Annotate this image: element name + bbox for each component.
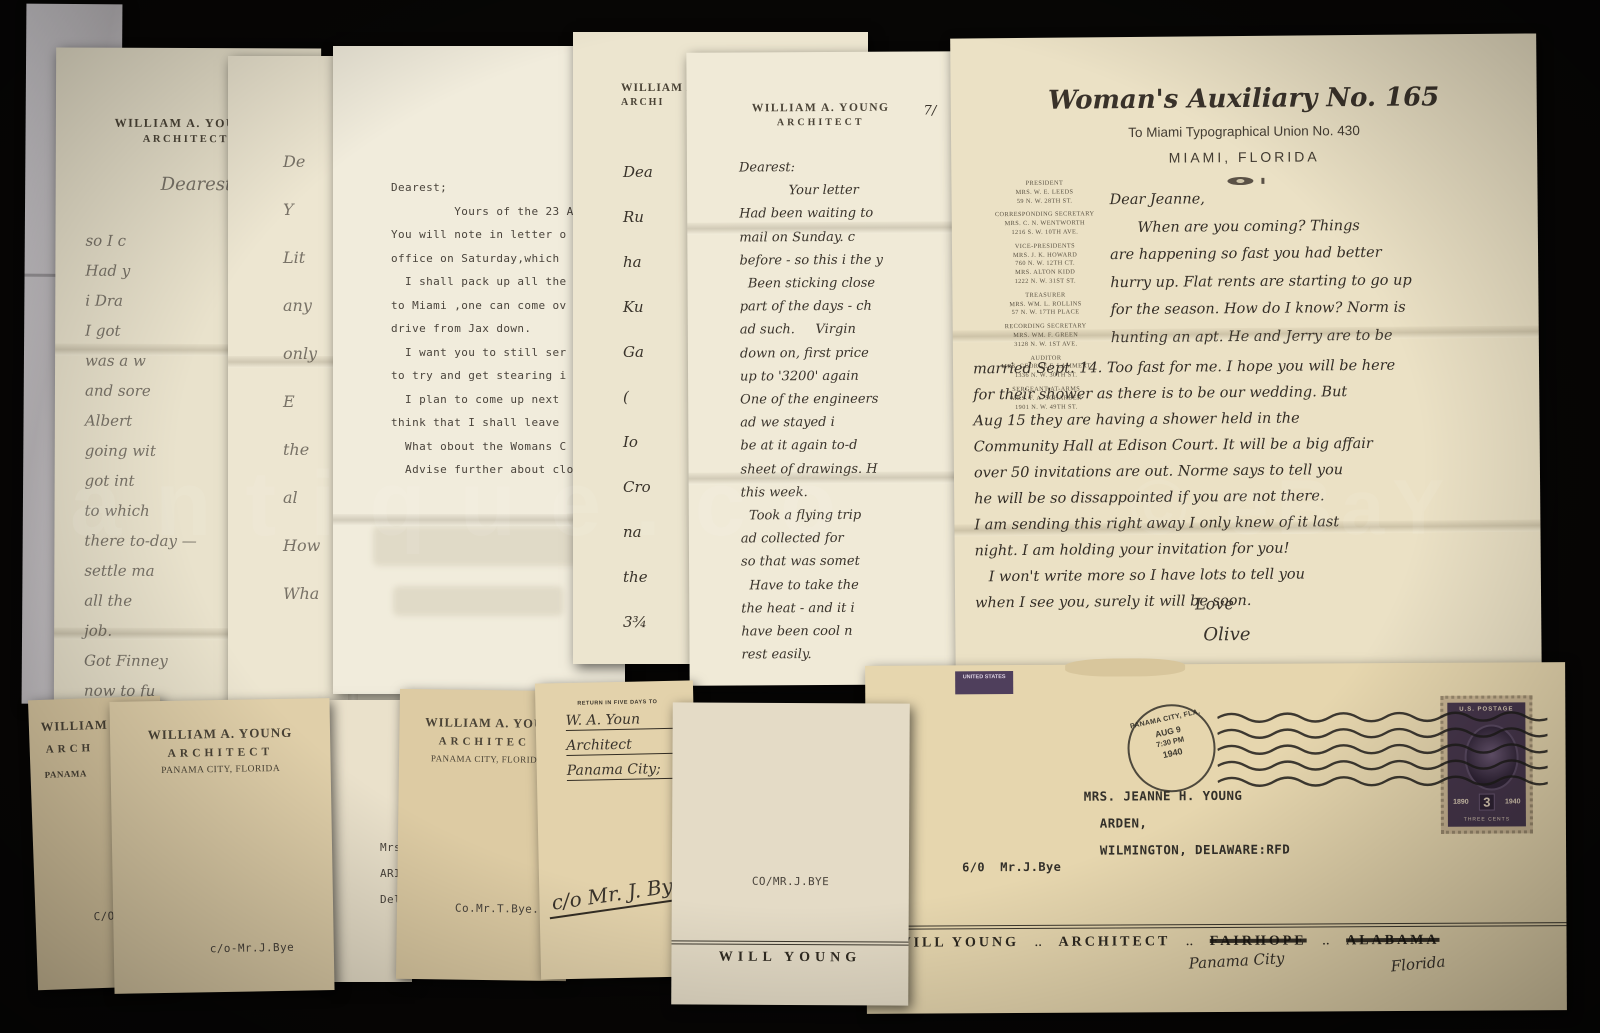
footer-separator: .. <box>1186 936 1194 948</box>
text-line: al <box>283 474 320 522</box>
letter-body-lines: DeaRuhaKuGa(IoCronathe3¾ <box>623 150 653 645</box>
text-line: ad collected for <box>741 527 885 551</box>
text-line: Have to take the <box>741 573 885 597</box>
text-line: part of the days - ch <box>740 295 884 319</box>
care-of-line: CO/MR.J.BYE <box>752 875 829 888</box>
text-line: there to-day — <box>84 526 196 556</box>
letter-womans-auxiliary: Woman's Auxiliary No. 165 To Miami Typog… <box>950 33 1542 692</box>
letter-body-lower-lines: married Sept. 14. Too fast for me. I hop… <box>973 353 1397 617</box>
text-line: Dea <box>623 150 653 195</box>
footer-city-struck: FAIRHOPE <box>1210 934 1307 951</box>
text-line: Albert <box>85 406 197 436</box>
text-line: to try and get stearing i <box>391 364 574 388</box>
salutation: Dearest <box>161 174 233 195</box>
text-line: I am sending this right away I only knew… <box>974 509 1396 539</box>
handwritten-correction-city: Panama City <box>1188 949 1285 972</box>
cancellation-waves <box>1217 710 1547 799</box>
text-line: sheet of drawings. H <box>740 457 884 481</box>
return-address-fragment: WILLIAM <box>41 718 108 735</box>
text-line: drive from Jax down. <box>391 317 574 341</box>
text-line: think that I shall leave <box>391 411 574 435</box>
stamp-fragment: UNITED STATES <box>955 671 1013 694</box>
text-line: I got <box>85 316 197 346</box>
text-line: You will note in letter o <box>391 223 574 247</box>
text-line: when I see you, surely it will be soon. <box>975 587 1397 617</box>
return-name: WILLIAM A. YOUNG <box>110 724 330 744</box>
text-line: so that was somet <box>741 550 885 574</box>
text-line: Lit <box>283 234 320 282</box>
text-line: One of the engineers <box>740 388 884 412</box>
text-line: got int <box>85 466 197 496</box>
letterhead-ornament <box>1227 177 1253 185</box>
text-line: over 50 invitations are out. Norme says … <box>974 457 1396 487</box>
stamp-year-right: 1940 <box>1505 798 1521 805</box>
text-line: the heat - and it i <box>741 597 885 621</box>
envelope-will-young: CO/MR.J.BYE WILL YOUNG <box>671 702 910 1005</box>
text-line: Y <box>283 186 320 234</box>
care-of-script: c/o Mr. J. By <box>546 873 679 919</box>
text-line: only <box>283 330 320 378</box>
text-line: hunting an apt. He and Jerry are to be <box>1111 322 1413 352</box>
text-line: Dearest; <box>391 176 574 200</box>
footer-state-struck: ALABAMA <box>1346 933 1439 949</box>
text-line: ad such. Virgin <box>740 318 884 342</box>
text-line: I want you to still ser <box>391 341 574 365</box>
envelope-postmarked-1940: UNITED STATES PANAMA CITY, FLA. AUG 9 7:… <box>865 662 1567 1014</box>
text-line: going wit <box>85 436 197 466</box>
text-line: i Dra <box>85 286 197 316</box>
text-line: mail on Sunday. c <box>739 225 883 249</box>
text-line: Took a flying trip <box>741 504 885 528</box>
closing: Love <box>1195 594 1234 613</box>
text-line: I shall pack up all the <box>391 270 574 294</box>
text-line: Aug 15 they are having a shower held in … <box>973 405 1395 435</box>
text-line: for their shower as there is to be our w… <box>973 379 1395 409</box>
text-line: Had been waiting to <box>739 202 883 226</box>
text-line: Ga <box>623 330 653 375</box>
text-line: ad we stayed i <box>740 411 884 435</box>
letter-body-lines: so I cHad yi DraI gotwas a wand soreAlbe… <box>84 226 198 706</box>
handwritten-correction-state: Florida <box>1390 952 1446 975</box>
handwritten-return-lines: W. A. YounArchitectPanama City; <box>566 710 690 788</box>
text-line: this week. <box>741 481 885 505</box>
letter-handwritten-5: WILLIAM A. YOUNG ARCHITECT 7/ Dearest: Y… <box>686 51 970 685</box>
text-line: Ku <box>623 285 653 330</box>
letter-body-lines: Dearest: Your letterHad been waiting tom… <box>739 156 885 667</box>
rule-line <box>672 943 909 945</box>
letter-body-lines: Dearest; Yours of the 23 AYou will note … <box>391 176 574 482</box>
text-line: Ru <box>623 195 653 240</box>
return-in-five-days-label: RETURN IN FIVE DAYS TO <box>577 699 657 707</box>
text-line: When are you coming? Things <box>1110 212 1412 242</box>
ink-ghost-smudge <box>393 586 563 616</box>
text-line: rest easily. <box>741 643 885 667</box>
text-line: WILMINGTON, DELAWARE:RFD <box>1084 836 1290 864</box>
torn-edge <box>1065 658 1185 677</box>
photo-of-antique-correspondence: antique.co © eBaY WILLIAM A. YOUNG ARCHI… <box>0 0 1600 1033</box>
text-line: Community Hall at Edison Court. It will … <box>974 431 1396 461</box>
text-line: Your letter <box>739 179 883 203</box>
text-line: the <box>283 426 320 474</box>
stamp-three-cents-label: THREE CENTS <box>1448 816 1526 822</box>
text-line: for the season. How do I know? Norm is <box>1110 295 1412 325</box>
text-line: Advise further about clo <box>391 458 574 482</box>
stamp-year-left: 1890 <box>1453 799 1469 806</box>
text-line: to which <box>84 496 196 526</box>
text-line: was a w <box>85 346 197 376</box>
ink-ghost-smudge <box>373 526 583 566</box>
footer-segments: WILL YOUNG .. ARCHITECT .. FAIRHOPE .. A… <box>867 932 1567 952</box>
rule-line <box>672 940 909 942</box>
text-line: and sore <box>85 376 197 406</box>
letterhead: WILLIAM A. YOUNG ARCHITECT <box>721 102 921 129</box>
text-line: How <box>283 522 320 570</box>
text-line: settle ma <box>84 556 196 586</box>
letter-body-lines: DeYLitanyonlyEthealHowWha <box>283 138 320 618</box>
text-line: Wha <box>283 570 320 618</box>
text-line: be at it again to-d <box>740 434 884 458</box>
envelope-young-architect: WILLIAM A. YOUNG ARCHITECT PANAMA CITY, … <box>109 698 334 994</box>
return-address-fragment: ARCH <box>46 742 95 756</box>
text-line: Architect <box>566 735 688 756</box>
letterhead-title: ARCHITECT <box>721 117 921 129</box>
text-line: E <box>283 378 320 426</box>
text-line: so I c <box>85 226 197 256</box>
footer-title: ARCHITECT <box>1058 934 1170 951</box>
text-line: to Miami ,one can come ov <box>391 294 574 318</box>
text-line: De <box>283 138 320 186</box>
text-line: I plan to come up next <box>391 388 574 412</box>
return-title: ARCHITECT <box>110 745 330 761</box>
text-line: married Sept. 14. Too fast for me. I hop… <box>973 353 1395 383</box>
text-line: na <box>623 510 653 555</box>
text-line: Been sticking close <box>739 272 883 296</box>
letterhead: WILLIAM A ARCHI <box>621 82 696 108</box>
text-line: before - so this i the y <box>739 249 883 273</box>
text-line: Yours of the 23 A <box>391 200 574 224</box>
text-line: ha <box>623 240 653 285</box>
text-line: Dear Jeanne, <box>1109 185 1411 215</box>
text-line: down on, first price <box>740 341 884 365</box>
footer-name: WILL YOUNG <box>671 949 908 966</box>
text-line: job. <box>84 616 196 646</box>
text-line: have been cool n <box>741 620 885 644</box>
letterhead-name: WILLIAM A. YOUNG <box>721 102 921 115</box>
footer-band: WILL YOUNG .. ARCHITECT .. FAIRHOPE .. A… <box>866 922 1566 952</box>
text-line: W. A. Youn <box>566 710 688 731</box>
text-line: night. I am holding your invitation for … <box>975 535 1397 565</box>
text-line: up to '3200' again <box>740 365 884 389</box>
text-line: What obout the Womans C <box>391 435 574 459</box>
text-line: 3¾ <box>623 600 653 645</box>
text-line: the <box>623 555 653 600</box>
text-line: Dearest: <box>739 156 883 180</box>
letterhead-ornament-dot <box>1261 178 1264 184</box>
text-line: Got Finney <box>84 646 196 676</box>
text-line: ARDEN, <box>1084 809 1290 837</box>
return-city: PANAMA CITY, FLORIDA <box>111 763 331 777</box>
care-of-line: c/o-Mr.J.Bye <box>210 941 294 955</box>
signature: Olive <box>1203 624 1250 645</box>
letterhead-title-script: Woman's Auxiliary No. 165 <box>951 81 1537 116</box>
date-fragment: 7/ <box>924 103 937 118</box>
text-line: he will be so dissappointed if you are n… <box>974 483 1396 513</box>
text-line: Panama City; <box>567 760 689 781</box>
care-of-line: 6/0 Mr.J.Bye <box>962 860 1061 875</box>
text-line: Cro <box>623 465 653 510</box>
letterhead-subtitle: To Miami Typographical Union No. 430 <box>951 121 1537 141</box>
letterhead-title: ARCHI <box>621 97 696 108</box>
care-of-line: Co.Mr.T.Bye. <box>455 902 539 916</box>
return-address-fragment: PANAMA <box>44 768 87 779</box>
text-line: all the <box>84 586 196 616</box>
return-address: WILLIAM A. YOUNG ARCHITECT PANAMA CITY, … <box>110 724 331 777</box>
text-line: I won't write more so I have lots to tel… <box>975 561 1397 591</box>
letterhead-city: MIAMI, FLORIDA <box>951 146 1537 167</box>
footer-name: WILL YOUNG <box>897 935 1020 952</box>
footer-separator: .. <box>1035 937 1043 949</box>
letterhead-name: WILLIAM A <box>621 82 696 94</box>
text-line: office on Saturday,which <box>391 247 574 271</box>
footer-band: WILL YOUNG <box>671 940 908 966</box>
text-line: Io <box>623 420 653 465</box>
text-line: are happening so fast you had better <box>1110 240 1412 270</box>
footer-separator: .. <box>1323 935 1331 947</box>
text-line: ( <box>623 375 653 420</box>
text-line: any <box>283 282 320 330</box>
text-line: hurry up. Flat rents are starting to go … <box>1110 267 1412 297</box>
letter-body-upper-lines: Dear Jeanne, When are you coming? Things… <box>1109 185 1412 353</box>
text-line: Had y <box>85 256 197 286</box>
